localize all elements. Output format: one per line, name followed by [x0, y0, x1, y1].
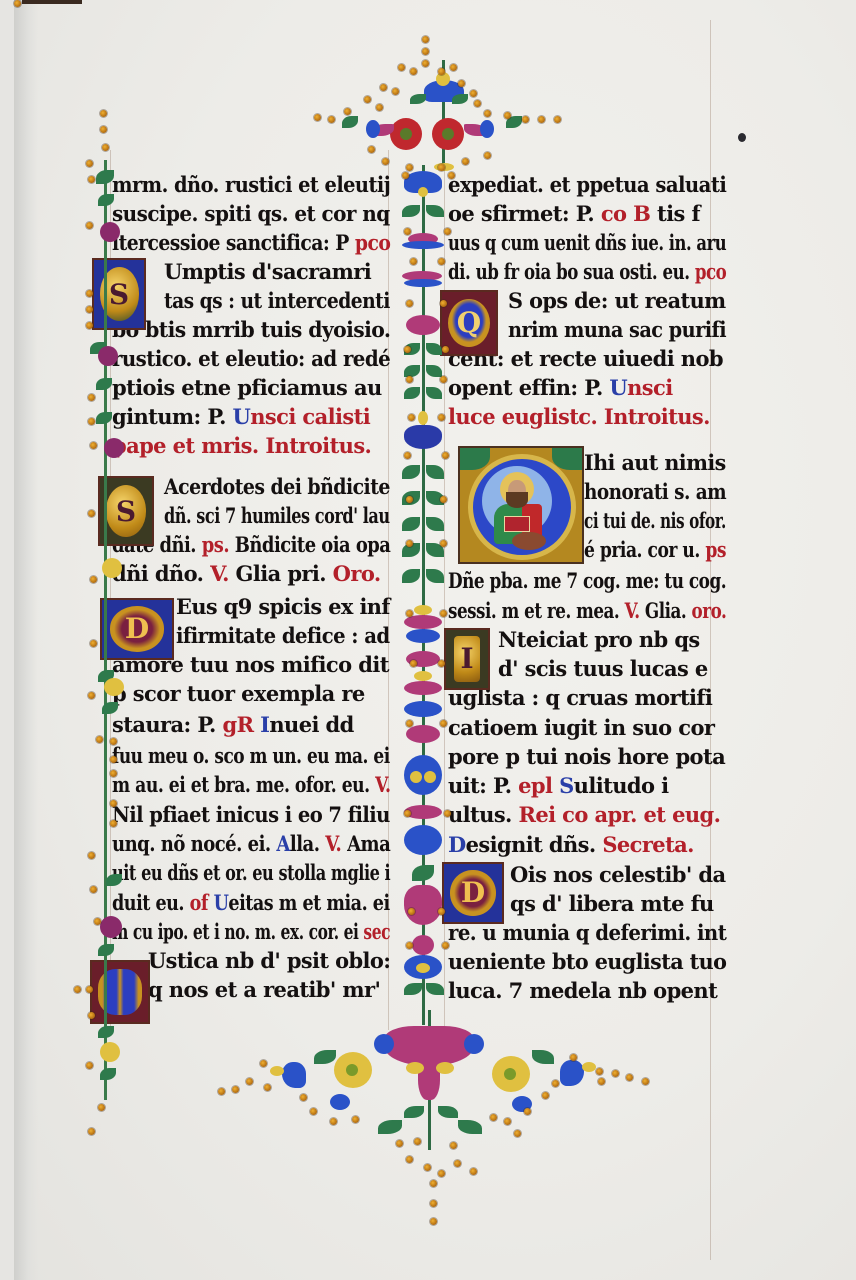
- yellow-flower-icon: [104, 678, 124, 696]
- text-line: Ois nos celestib' da: [510, 862, 726, 888]
- text-line: expediat. et ppetua saluati: [448, 172, 726, 198]
- blue-bell-icon: [560, 1060, 584, 1086]
- yellow-flower-icon: [100, 1042, 120, 1062]
- text-line: oe sfirmet: P. co B tis f: [448, 201, 700, 227]
- purple-flower-icon: [100, 916, 122, 938]
- text-line: S ops de: ut reatum: [508, 288, 726, 314]
- text-line: uit: P. epl Sulitudo i: [448, 773, 668, 799]
- text-line: staura: P. gR Inuei dd: [112, 712, 354, 738]
- text-line: di. ub fr oia bo sua osti. eu. pco: [448, 259, 726, 285]
- text-line: é pria. cor u. ps: [584, 537, 726, 563]
- text-line: Nil pfiaet inicus i eo 7 filiu: [112, 802, 390, 828]
- text-line: pore p tui nois hore pota: [448, 744, 725, 770]
- text-line: Nteiciat pro nb qs: [498, 627, 700, 653]
- text-line: itercessioe sanctifica: P pco: [112, 230, 390, 256]
- text-line: duit eu. of Ueitas m et mia. ei: [112, 890, 390, 916]
- text-line: uus q cum uenit dñs iue. in. aru: [448, 230, 726, 256]
- text-line: dñ. sci 7 humiles cord' lau: [164, 503, 390, 529]
- purple-flower-icon: [98, 346, 118, 366]
- book-icon: [504, 516, 530, 532]
- text-line: suscipe. spiti qs. et cor nq: [112, 201, 390, 227]
- vellum-page: mrm. dño. rustici et eleutij suscipe. sp…: [14, 0, 856, 1280]
- text-line: uit eu dñs et or. eu stolla mglie i: [112, 860, 390, 886]
- text-line: ultus. Rei co apr. et eug.: [448, 802, 720, 828]
- ox-icon: [512, 532, 546, 550]
- purple-flower-icon: [104, 438, 124, 458]
- blue-bell-icon: [404, 425, 442, 449]
- text-line: qs d' libera mte fu: [510, 891, 714, 917]
- pink-flower-icon: [406, 315, 440, 335]
- text-line: q nos et a reatib' mr': [148, 977, 380, 1003]
- text-line: unq. nõ nocé. ei. Alla. V. Ama: [112, 831, 390, 857]
- text-line: luca. 7 medela nb opent: [448, 978, 717, 1004]
- initial-q: Q: [440, 290, 498, 356]
- text-line: Dñe pba. me 7 cog. me: tu cog.: [448, 568, 726, 594]
- text-line: m au. ei et bra. me. ofor. eu. V.: [112, 772, 390, 798]
- historiated-initial-st-luke: [458, 446, 584, 564]
- beard: [506, 492, 528, 508]
- rubric-line: pape et mris. Introitus.: [112, 433, 371, 459]
- text-line: m cu ipo. et i no. m. ex. cor. ei sec: [112, 919, 390, 945]
- gutter-shadow: [14, 0, 38, 1280]
- bottom-ornament: [194, 1010, 694, 1270]
- initial-i: I: [444, 628, 490, 690]
- top-ornament: [314, 20, 574, 170]
- ink-spot: [738, 133, 746, 142]
- binding-edge: [22, 0, 82, 4]
- text-line: opent effin: P. Unsci: [448, 375, 673, 401]
- text-line: fuu meu o. sco m un. eu ma. ei: [112, 743, 390, 769]
- text-line: rustico. et eleutio: ad redé: [112, 346, 390, 372]
- text-line: catioem iugit in suo cor: [448, 715, 714, 741]
- text-line: ifirmitate defice : ad: [176, 623, 390, 649]
- text-line: Ustica nb d' psit oblo:: [148, 948, 390, 974]
- text-line: ci tui de. nis ofor.: [584, 508, 726, 534]
- purple-flower-icon: [100, 222, 120, 242]
- yellow-flower-icon: [102, 558, 122, 578]
- text-line: Eus q9 spicis ex inf: [176, 594, 390, 620]
- center-floral-border: [398, 165, 448, 1025]
- rubric-line: luce euglistc. Introitus.: [448, 404, 710, 430]
- text-line: Acerdotes dei bñdicite: [164, 474, 390, 500]
- initial-d-2: D: [442, 862, 504, 924]
- text-line: dñi dño. V. Glia pri. Oro.: [112, 561, 381, 587]
- text-line: tas qs : ut intercedenti: [164, 288, 390, 314]
- text-line: sessi. m et re. mea. V. Glia. oro.: [448, 598, 726, 624]
- text-line: ueniente bto euglista tuo: [448, 949, 726, 975]
- text-line: bo btis mrrib tuis dyoisio.: [112, 317, 390, 343]
- text-line: Umptis d'sacramri: [164, 259, 371, 285]
- text-line: honorati s. am: [584, 479, 726, 505]
- text-line: ptiois etne pficiamus au: [112, 375, 382, 401]
- text-line: p scor tuor exempla re: [112, 681, 365, 707]
- text-line: d' scis tuus lucas e: [498, 656, 708, 682]
- text-line: mrm. dño. rustici et eleutij: [112, 172, 390, 198]
- text-line: Designit dñs. Secreta.: [448, 832, 694, 858]
- ruling-right: [710, 20, 711, 1260]
- blue-bell-icon: [282, 1062, 306, 1088]
- text-line: gintum: P. Unsci calisti: [112, 404, 370, 430]
- text-line: nrim muna sac purifi: [508, 317, 726, 343]
- text-line: Ihi aut nimis: [584, 450, 726, 476]
